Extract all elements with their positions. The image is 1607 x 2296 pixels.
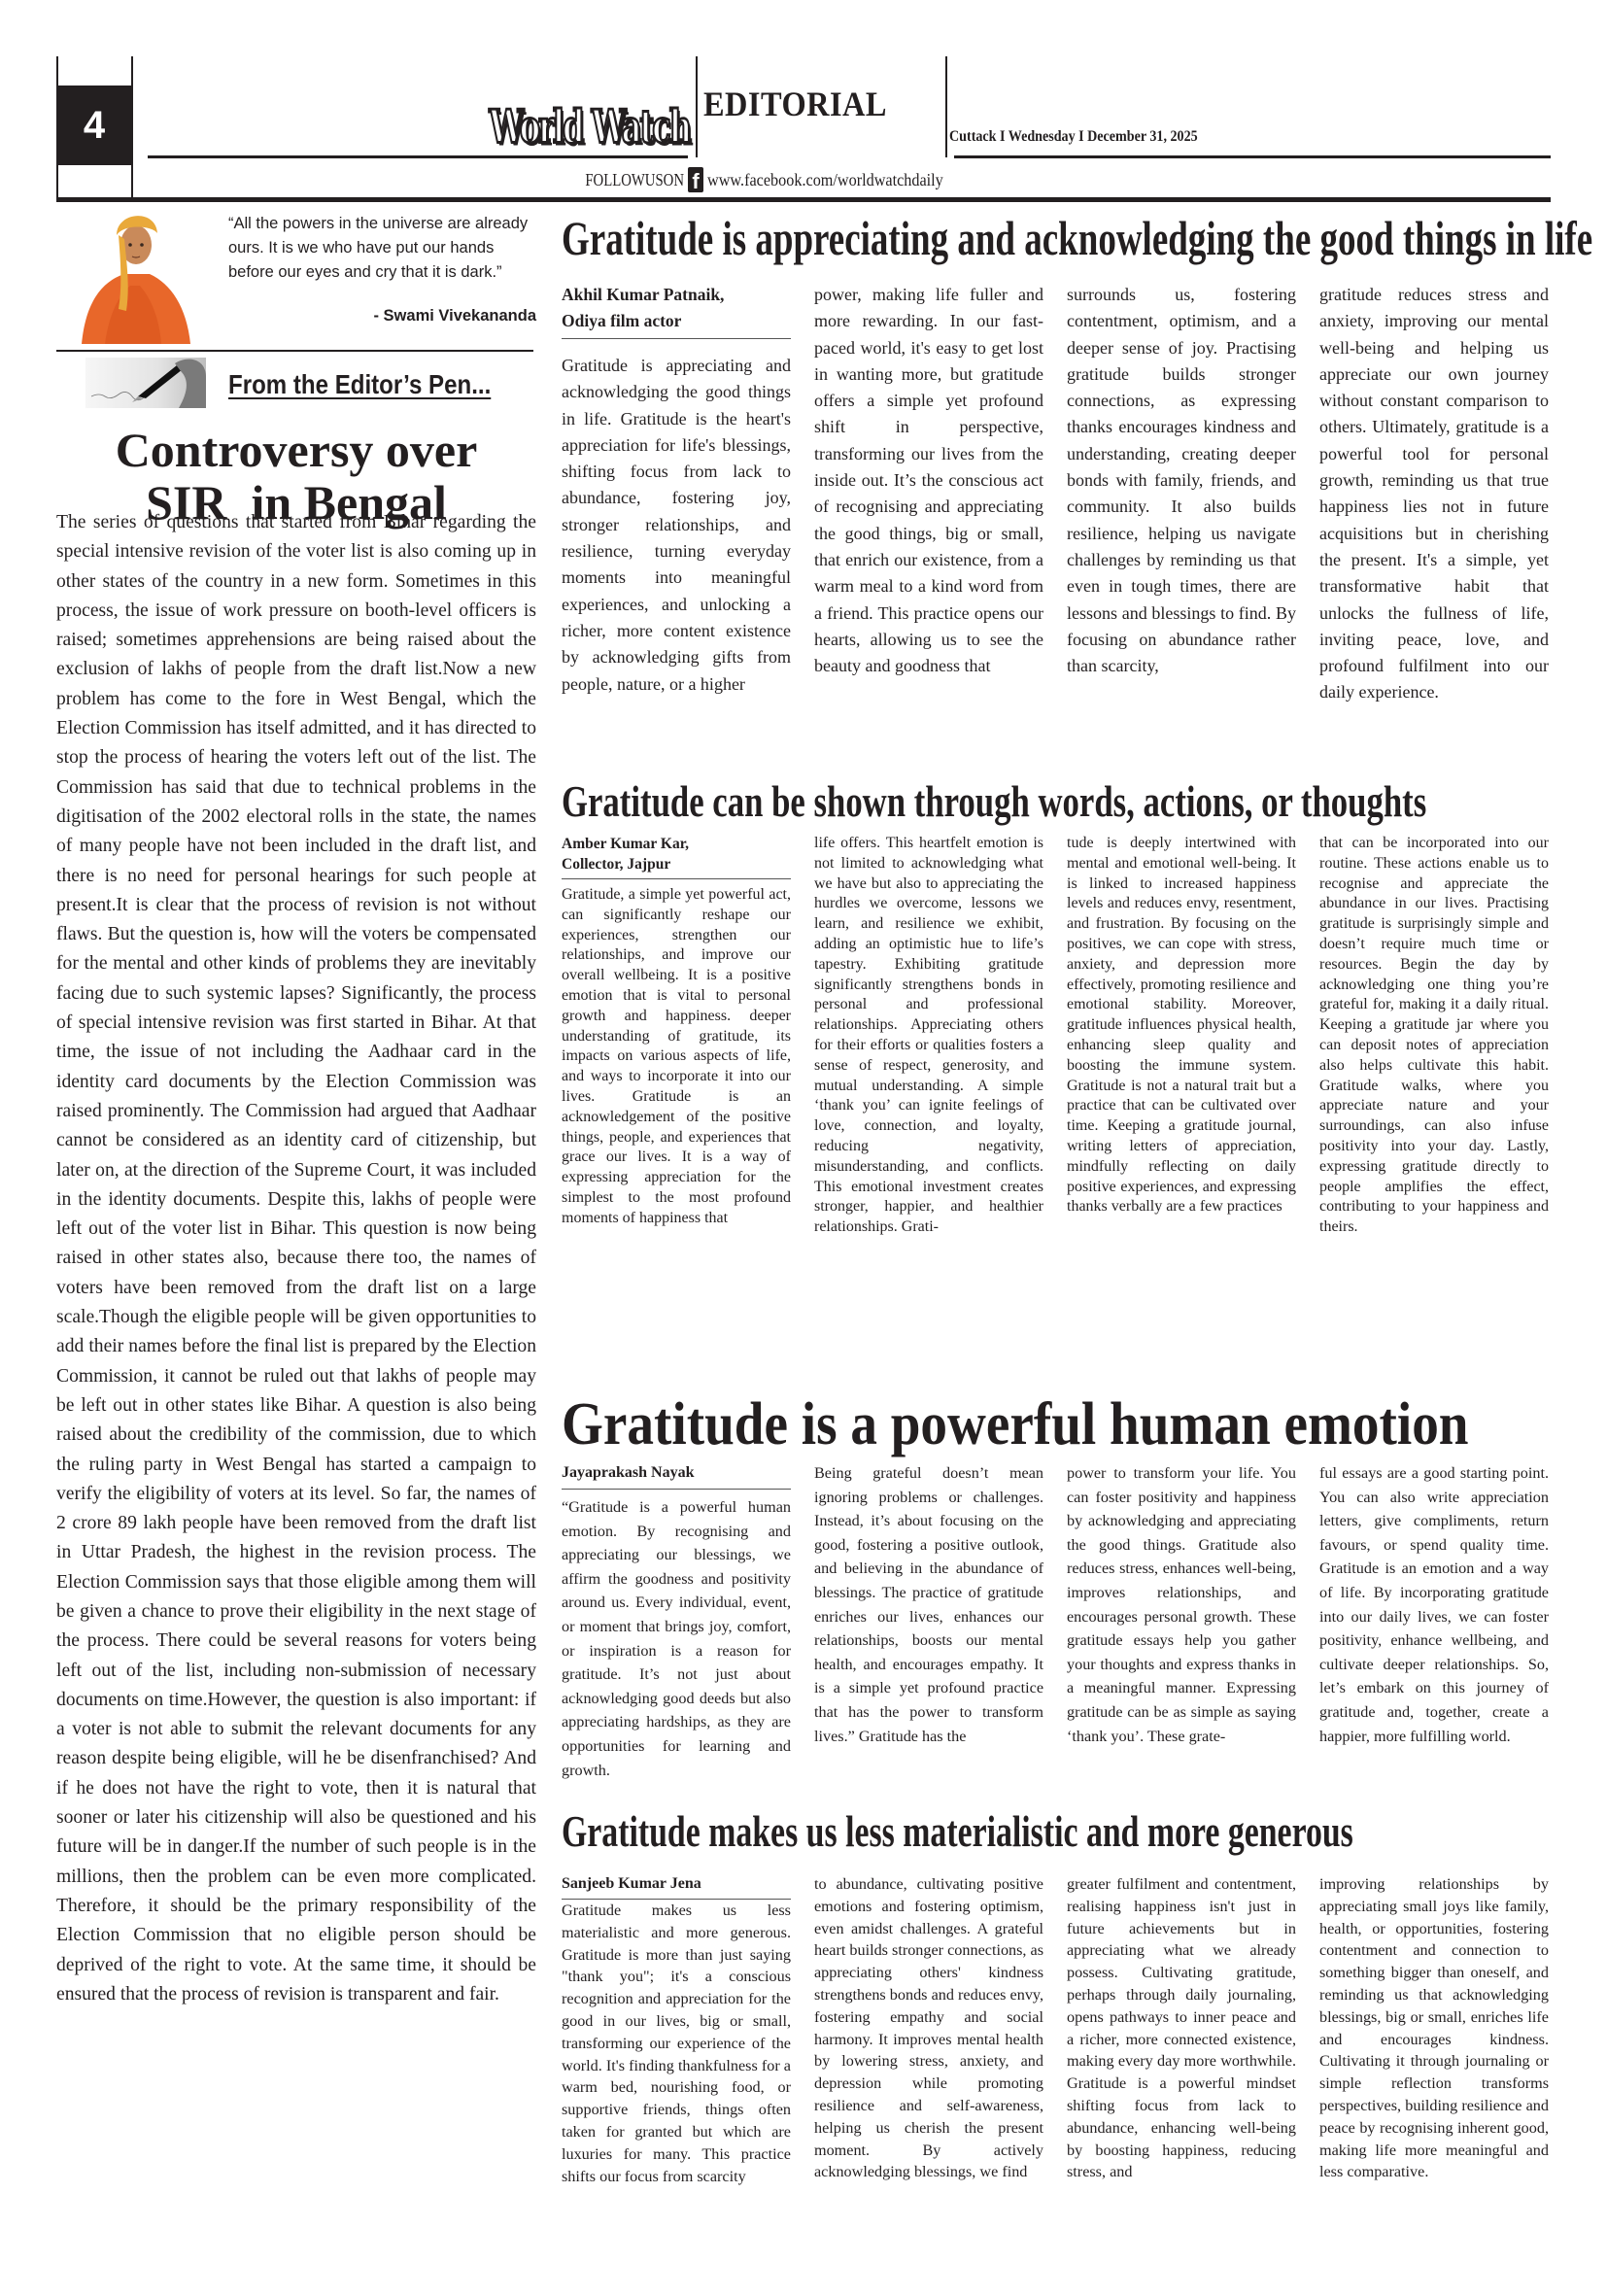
- byline-name: Amber Kumar Kar,: [562, 834, 791, 854]
- article-columns: Akhil Kumar Patnaik, Odiya film actor Gr…: [562, 282, 1549, 706]
- article-column-1: Jayaprakash Nayak “Gratitude is a powerf…: [562, 1461, 791, 1782]
- article-less-materialistic: Gratitude makes us less materialistic an…: [562, 1803, 1551, 1860]
- article-byline: Akhil Kumar Patnaik, Odiya film actor: [562, 282, 791, 339]
- article-column-3: tude is deeply intertwined with mental a…: [1067, 834, 1296, 1238]
- section-title: EDITORIAL: [703, 84, 887, 124]
- swami-vivekananda-portrait-icon: [76, 202, 194, 344]
- masthead-rule-right: [954, 155, 1551, 158]
- byline-name: Sanjeeb Kumar Jena: [562, 1873, 791, 1895]
- article-column-2: to abundance, cultivating positive emoti…: [814, 1873, 1043, 2187]
- page-number: 4: [56, 86, 132, 165]
- article-columns: Jayaprakash Nayak “Gratitude is a powerf…: [562, 1461, 1549, 1782]
- article-column-1: Akhil Kumar Patnaik, Odiya film actor Gr…: [562, 282, 791, 706]
- article-headline: Gratitude is appreciating and acknowledg…: [562, 208, 1293, 268]
- section-divider: [945, 56, 947, 157]
- byline-role: Odiya film actor: [562, 308, 791, 334]
- from-the-editors-pen: From the Editor’s Pen...: [56, 358, 536, 412]
- article-words-actions-thoughts: Gratitude can be shown through words, ac…: [562, 773, 1551, 830]
- article-headline: Gratitude can be shown through words, ac…: [562, 773, 1309, 830]
- quote-divider: [56, 350, 533, 352]
- article-column-3: power to transform your life. You can fo…: [1067, 1461, 1296, 1782]
- logo-divider: [696, 56, 698, 157]
- article-powerful-human-emotion: Gratitude is a powerful human emotion Ja…: [562, 1391, 1551, 1457]
- article-byline: Sanjeeb Kumar Jena: [562, 1873, 791, 1900]
- article-column-4: ful essays are a good starting point. Yo…: [1319, 1461, 1549, 1782]
- dateline: Cuttack I Wednesday I December 31, 2025: [949, 128, 1198, 146]
- article-column-2: life offers. This heartfelt emotion is n…: [814, 834, 1043, 1238]
- article-text: Gratitude is appreciating and acknowledg…: [562, 353, 791, 698]
- fountain-pen-icon: [85, 358, 206, 408]
- article-column-2: Being grateful doesn’t mean ignoring pro…: [814, 1461, 1043, 1782]
- article-byline: Amber Kumar Kar, Collector, Jajpur: [562, 834, 791, 879]
- article-headline: Gratitude makes us less materialistic an…: [562, 1803, 1288, 1860]
- world-watch-logo: World Watch: [505, 84, 690, 154]
- follow-us-label: FOLLOWUSON: [585, 170, 684, 190]
- article-text: Gratitude makes us less materialistic an…: [562, 1900, 791, 2187]
- article-column-4: that can be incorporated into our routin…: [1319, 834, 1549, 1238]
- quote-of-the-day: “All the powers in the universe are alre…: [56, 202, 536, 346]
- article-column-4: improving relationships by appreciating …: [1319, 1873, 1549, 2187]
- article-text: “Gratitude is a powerful human emotion. …: [562, 1495, 791, 1782]
- article-column-1: Amber Kumar Kar, Collector, Jajpur Grati…: [562, 834, 791, 1238]
- article-column-3: surrounds us, fostering contentment, opt…: [1067, 282, 1296, 706]
- facebook-icon[interactable]: f: [688, 167, 703, 192]
- byline-role: Collector, Jajpur: [562, 854, 791, 874]
- article-columns: Amber Kumar Kar, Collector, Jajpur Grati…: [562, 834, 1549, 1238]
- quote-text: “All the powers in the universe are alre…: [228, 212, 539, 285]
- article-column-3: greater fulfilment and contentment, real…: [1067, 1873, 1296, 2187]
- article-column-1: Sanjeeb Kumar Jena Gratitude makes us le…: [562, 1873, 791, 2187]
- article-column-2: power, making life fuller and more rewar…: [814, 282, 1043, 706]
- editorial-body: The series of questions that started fro…: [56, 508, 536, 2009]
- byline-name: Akhil Kumar Patnaik,: [562, 282, 791, 308]
- quote-author: - Swami Vivekananda: [373, 307, 536, 326]
- editorial-headline-line-1: Controversy over: [56, 424, 536, 476]
- editorial-column: “All the powers in the universe are alre…: [56, 202, 536, 346]
- follow-us-bar: FOLLOWUSON f www.facebook.com/worldwatch…: [564, 166, 970, 193]
- article-text: Gratitude, a simple yet powerful act, ca…: [562, 885, 791, 1229]
- editors-pen-label: From the Editor’s Pen...: [228, 369, 491, 400]
- article-appreciating-good-things: Gratitude is appreciating and acknowledg…: [562, 208, 1551, 268]
- byline-name: Jayaprakash Nayak: [562, 1461, 791, 1485]
- logo-text: World Watch: [489, 100, 690, 154]
- facebook-link[interactable]: www.facebook.com/worldwatchdaily: [707, 170, 943, 190]
- article-byline: Jayaprakash Nayak: [562, 1461, 791, 1490]
- article-column-4: gratitude reduces stress and anxiety, im…: [1319, 282, 1549, 706]
- article-columns: Sanjeeb Kumar Jena Gratitude makes us le…: [562, 1873, 1549, 2187]
- masthead-rule-left: [148, 155, 688, 158]
- article-headline: Gratitude is a powerful human emotion: [562, 1391, 1442, 1457]
